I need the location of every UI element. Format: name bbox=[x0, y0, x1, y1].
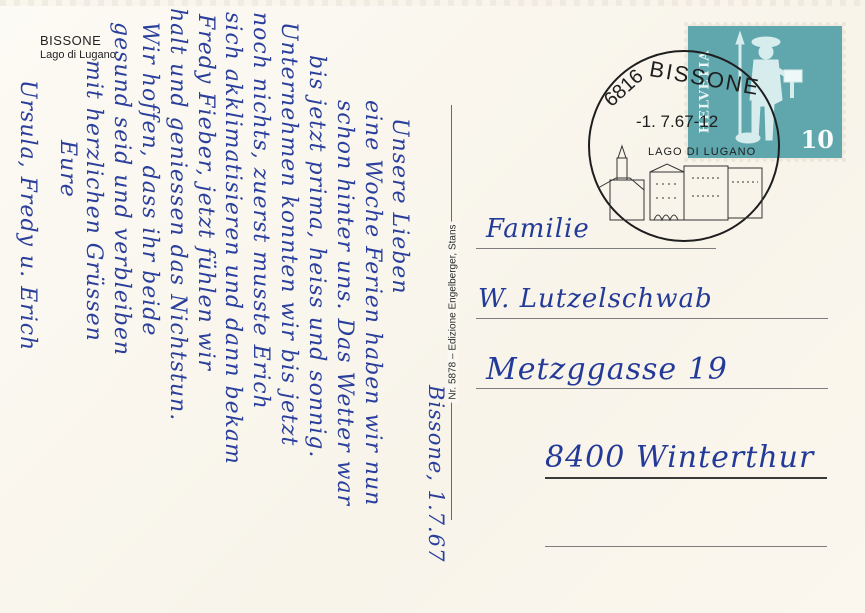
address-line-street: Metzggasse 19 bbox=[486, 352, 728, 387]
postcard-back: BISSONE Lago di Lugano Bissone, 1.7.67 U… bbox=[0, 0, 865, 613]
message-line: noch nichts, zuerst musste Erich bbox=[248, 12, 273, 410]
message-line: halt und geniessen das Nichtstun. bbox=[165, 8, 190, 421]
village-skyline-icon bbox=[592, 138, 774, 234]
address-line-name: W. Lutzelschwab bbox=[478, 284, 713, 314]
message-line: Unternehmen konnten wir bis jetzt bbox=[276, 22, 301, 446]
postmark-date: -1. 7.67-12 bbox=[636, 112, 718, 132]
address-rule bbox=[476, 318, 828, 319]
message-line: Fredy Fieber, jetzt fühlen wir bbox=[193, 14, 218, 371]
address-line-city: 8400 Winterthur bbox=[545, 440, 814, 475]
message-line: sich akklimatisieren und dann bekam bbox=[220, 12, 245, 465]
message-line: mit herzlichen Grüssen bbox=[81, 60, 106, 342]
message-line: gesund seid und verbleiben bbox=[109, 22, 134, 356]
stamp-value: 10 bbox=[801, 125, 834, 154]
message-line: Eure bbox=[55, 140, 80, 198]
address-rule bbox=[545, 546, 827, 547]
message-line: bis jetzt prima, heiss und sonnig. bbox=[304, 55, 329, 458]
message-line: Unsere Lieben bbox=[387, 118, 412, 295]
address-rule bbox=[476, 248, 716, 249]
message-line: Wir hoffen, dass ihr beide bbox=[137, 22, 162, 336]
message-line: schon hinter uns. Das Wetter war bbox=[332, 100, 357, 506]
publisher-imprint: Nr. 5878 – Edizione Engelberger, Stans bbox=[448, 221, 459, 402]
caption-title: BISSONE bbox=[40, 33, 116, 48]
message-date: Bissone, 1.7.67 bbox=[424, 385, 448, 562]
address-line-salutation: Familie bbox=[486, 214, 590, 244]
address-rule bbox=[476, 388, 828, 389]
address-rule bbox=[545, 477, 827, 479]
card-caption: BISSONE Lago di Lugano bbox=[40, 33, 116, 62]
message-signature: Ursula, Fredy u. Erich bbox=[15, 80, 40, 351]
message-line: eine Woche Ferien haben wir nun bbox=[360, 100, 385, 506]
